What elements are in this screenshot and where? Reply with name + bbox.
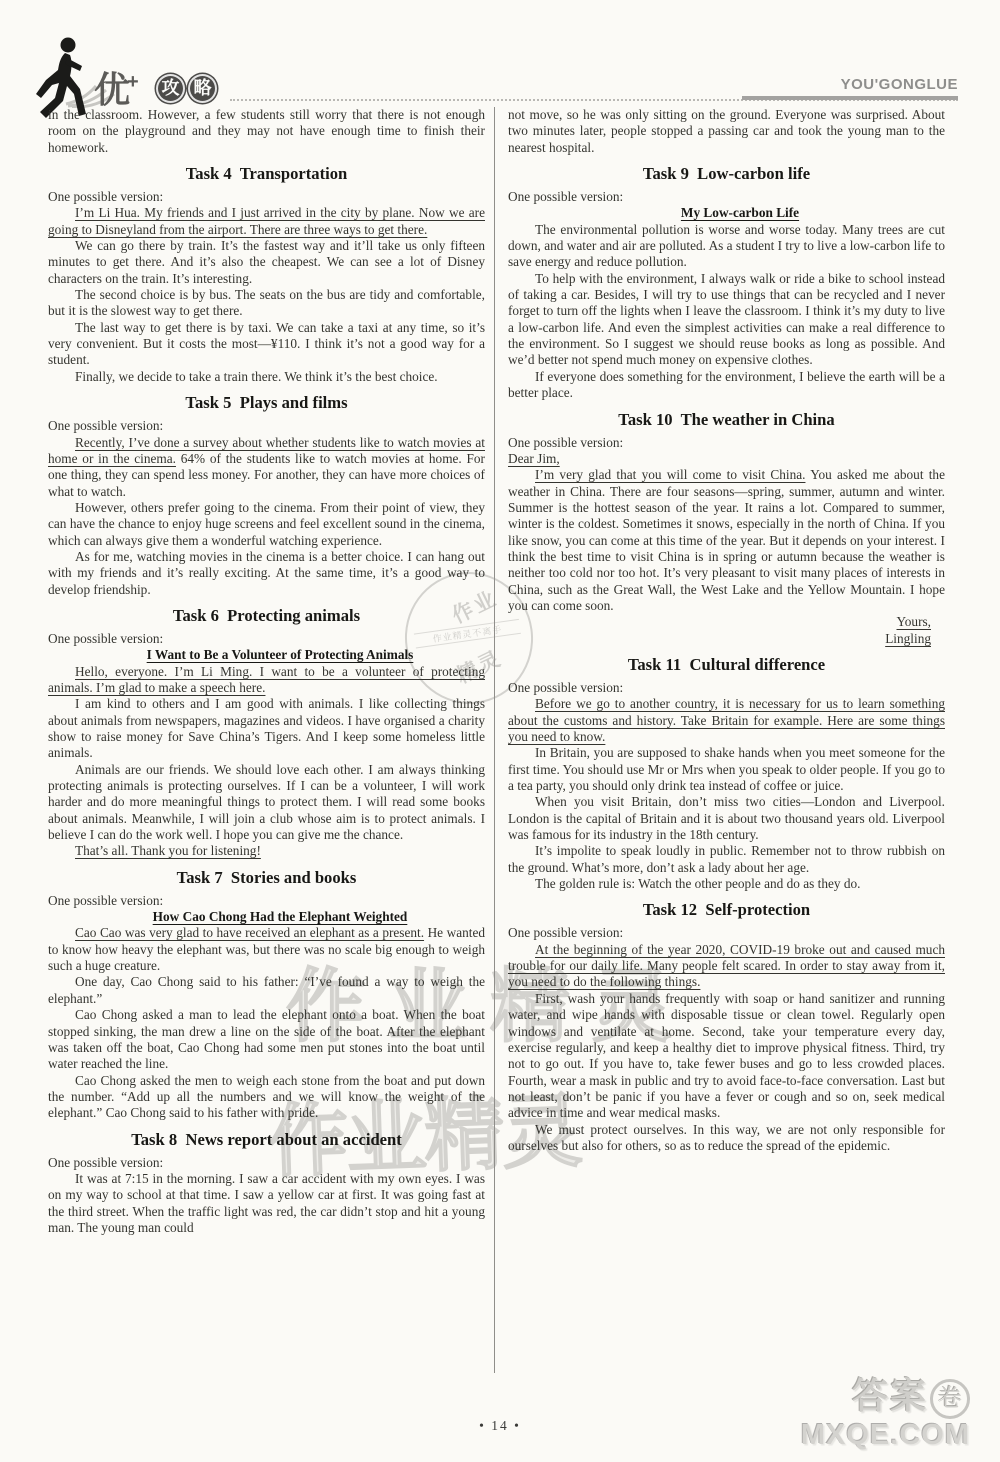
task4-heading: Task 4 Transportation (48, 163, 485, 184)
column-right: not move, so he was only sitting on the … (508, 107, 945, 1154)
one-possible-version-label: One possible version: (508, 680, 945, 696)
letter-salutation: Dear Jim, (508, 451, 945, 467)
one-possible-version-label: One possible version: (48, 418, 485, 434)
paragraph: In Britain, you are supposed to shake ha… (508, 745, 945, 794)
task6-heading: Task 6 Protecting animals (48, 605, 485, 626)
paragraph: As for me, watching movies in the cinema… (48, 549, 485, 598)
logo-plus: + (127, 71, 138, 93)
paragraph: I’m very glad that you will come to visi… (508, 467, 945, 614)
workbook-answer-page: YOU'GONGLUE 优+ 攻 略 作业精灵 (0, 0, 1000, 1462)
paragraph: First, wash your hands frequently with s… (508, 991, 945, 1122)
paragraph: The golden rule is: Watch the other peop… (508, 876, 945, 892)
paragraph: One day, Cao Chong said to his father: “… (48, 974, 485, 1007)
header-solid-rule (742, 96, 958, 100)
task8-heading: Task 8 News report about an accident (48, 1129, 485, 1150)
one-possible-version-label: One possible version: (48, 1155, 485, 1171)
footer-watermark-logo: 答案卷 MXQE.COM (801, 1368, 970, 1452)
column-divider (494, 107, 495, 1373)
task10-heading: Task 10 The weather in China (508, 409, 945, 430)
logo-badge-lve: 略 (188, 74, 217, 103)
paragraph: I’m Li Hua. My friends and I just arrive… (48, 205, 485, 238)
essay-title: I Want to Be a Volunteer of Protecting A… (48, 647, 485, 663)
logo-badge-gong: 攻 (156, 74, 185, 103)
task9-heading: Task 9 Low-carbon life (508, 163, 945, 184)
paragraph: Recently, I’ve done a survey about wheth… (48, 435, 485, 500)
paragraph: If everyone does something for the envir… (508, 369, 945, 402)
one-possible-version-label: One possible version: (508, 435, 945, 451)
paragraph: I am kind to others and I am good with a… (48, 696, 485, 761)
paragraph: The last way to get there is by taxi. We… (48, 320, 485, 369)
footer-logo-cn: 答案 (852, 1375, 928, 1416)
one-possible-version-label: One possible version: (48, 893, 485, 909)
essay-title: How Cao Chong Had the Elephant Weighted (48, 909, 485, 925)
brand-right-text: YOU'GONGLUE (841, 76, 958, 93)
essay-title: My Low-carbon Life (508, 205, 945, 221)
letter-signature-name: Lingling (508, 631, 945, 647)
task7-heading: Task 7 Stories and books (48, 867, 485, 888)
task12-heading: Task 12 Self-protection (508, 899, 945, 920)
letter-signature-yours: Yours, (508, 614, 945, 630)
paragraph: Cao Chong asked a man to lead the elepha… (48, 1007, 485, 1072)
paragraph: We can go there by train. It’s the faste… (48, 238, 485, 287)
paragraph: We must protect ourselves. In this way, … (508, 1122, 945, 1155)
paragraph: in the classroom. However, a few student… (48, 107, 485, 156)
one-possible-version-label: One possible version: (48, 631, 485, 647)
task5-heading: Task 5 Plays and films (48, 392, 485, 413)
paragraph: The second choice is by bus. The seats o… (48, 287, 485, 320)
paragraph: It was at 7:15 in the morning. I saw a c… (48, 1171, 485, 1236)
paragraph: Animals are our friends. We should love … (48, 762, 485, 844)
one-possible-version-label: One possible version: (48, 189, 485, 205)
footer-logo-site: MXQE.COM (801, 1419, 970, 1452)
paragraph: At the beginning of the year 2020, COVID… (508, 942, 945, 991)
paragraph: That’s all. Thank you for listening! (48, 843, 485, 859)
paragraph: Cao Cao was very glad to have received a… (48, 925, 485, 974)
paragraph: When you visit Britain, don’t miss two c… (508, 794, 945, 843)
paragraph: However, others prefer going to the cine… (48, 500, 485, 549)
paragraph: To help with the environment, I always w… (508, 271, 945, 369)
paragraph: not move, so he was only sitting on the … (508, 107, 945, 156)
paragraph: The environmental pollution is worse and… (508, 222, 945, 271)
paragraph: Before we go to another country, it is n… (508, 696, 945, 745)
one-possible-version-label: One possible version: (508, 925, 945, 941)
footer-logo-circle: 卷 (930, 1379, 970, 1419)
paragraph: Cao Chong asked the men to weigh each st… (48, 1073, 485, 1122)
brand-logo: 优+ 攻 略 (34, 36, 244, 108)
one-possible-version-label: One possible version: (508, 189, 945, 205)
paragraph: It’s impolite to speak loudly in public.… (508, 843, 945, 876)
task11-heading: Task 11 Cultural difference (508, 654, 945, 675)
paragraph: Finally, we decide to take a train there… (48, 369, 485, 385)
column-left: in the classroom. However, a few student… (48, 107, 485, 1236)
logo-text: 优+ (94, 62, 138, 113)
paragraph: Hello, everyone. I’m Li Ming. I want to … (48, 664, 485, 697)
